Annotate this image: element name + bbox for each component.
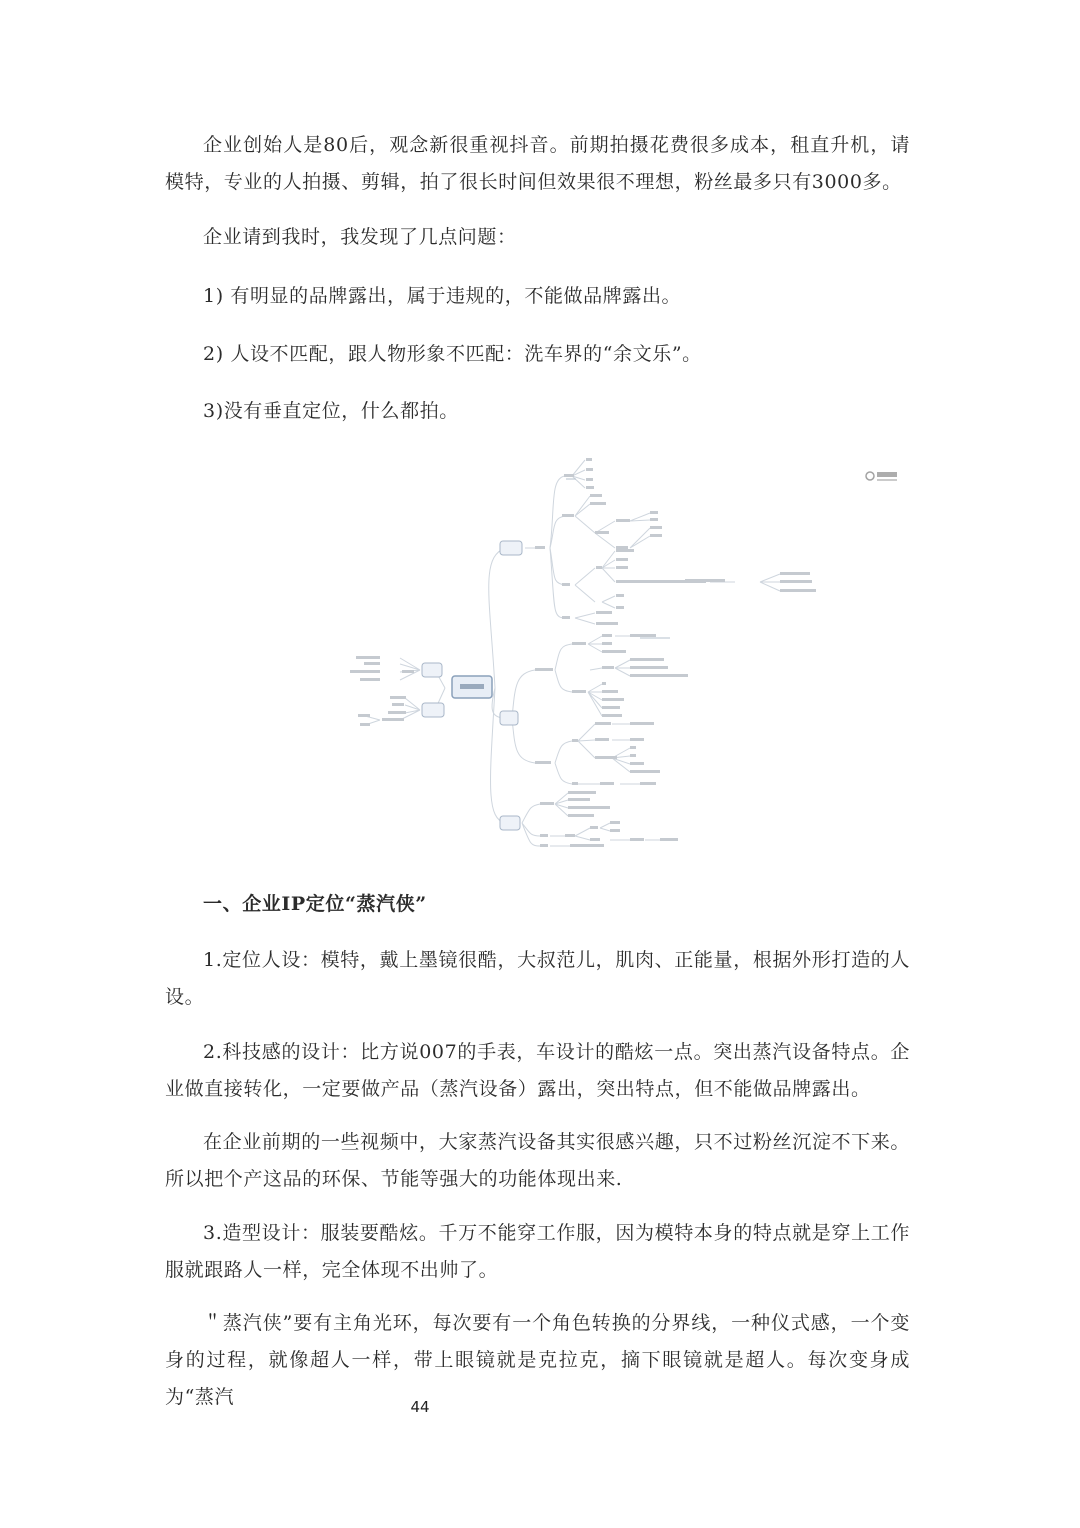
page-number: 44	[0, 1398, 840, 1416]
section-heading: 一、企业IP定位“蒸汽侠”	[165, 886, 910, 923]
mind-map-diagram	[340, 448, 920, 858]
paragraph-problems-intro: 企业请到我时，我发现了几点问题：	[165, 219, 910, 256]
mind-map-figure	[340, 448, 920, 858]
paragraph-problem-2: 2) 人设不匹配，跟人物形象不匹配：洗车界的“余文乐”。	[165, 336, 910, 373]
paragraph-problem-3: 3)没有垂直定位，什么都拍。	[165, 393, 910, 430]
paragraph-tech-design: 2.科技感的设计：比方说007的手表，车设计的酷炫一点。突出蒸汽设备特点。企业做…	[165, 1034, 910, 1108]
mind-map-logo-icon	[866, 472, 897, 481]
paragraph-persona-positioning: 1.定位人设：模特，戴上墨镜很酷，大叔范儿，肌肉、正能量，根据外形打造的人设。	[165, 942, 910, 1016]
paragraph-founder-background: 企业创始人是80后，观念新很重视抖音。前期拍摄花费很多成本，租直升机，请模特，专…	[165, 127, 910, 201]
paragraph-styling-design: 3.造型设计：服装要酷炫。千万不能穿工作服，因为模特本身的特点就是穿上工作服就跟…	[165, 1215, 910, 1289]
document-page: 企业创始人是80后，观念新很重视抖音。前期拍摄花费很多成本，租直升机，请模特，专…	[0, 0, 1080, 1528]
paragraph-problem-1: 1) 有明显的品牌露出，属于违规的，不能做品牌露出。	[165, 278, 910, 315]
paragraph-early-videos: 在企业前期的一些视频中，大家蒸汽设备其实很感兴趣，只不过粉丝沉淀不下来。所以把个…	[165, 1124, 910, 1198]
